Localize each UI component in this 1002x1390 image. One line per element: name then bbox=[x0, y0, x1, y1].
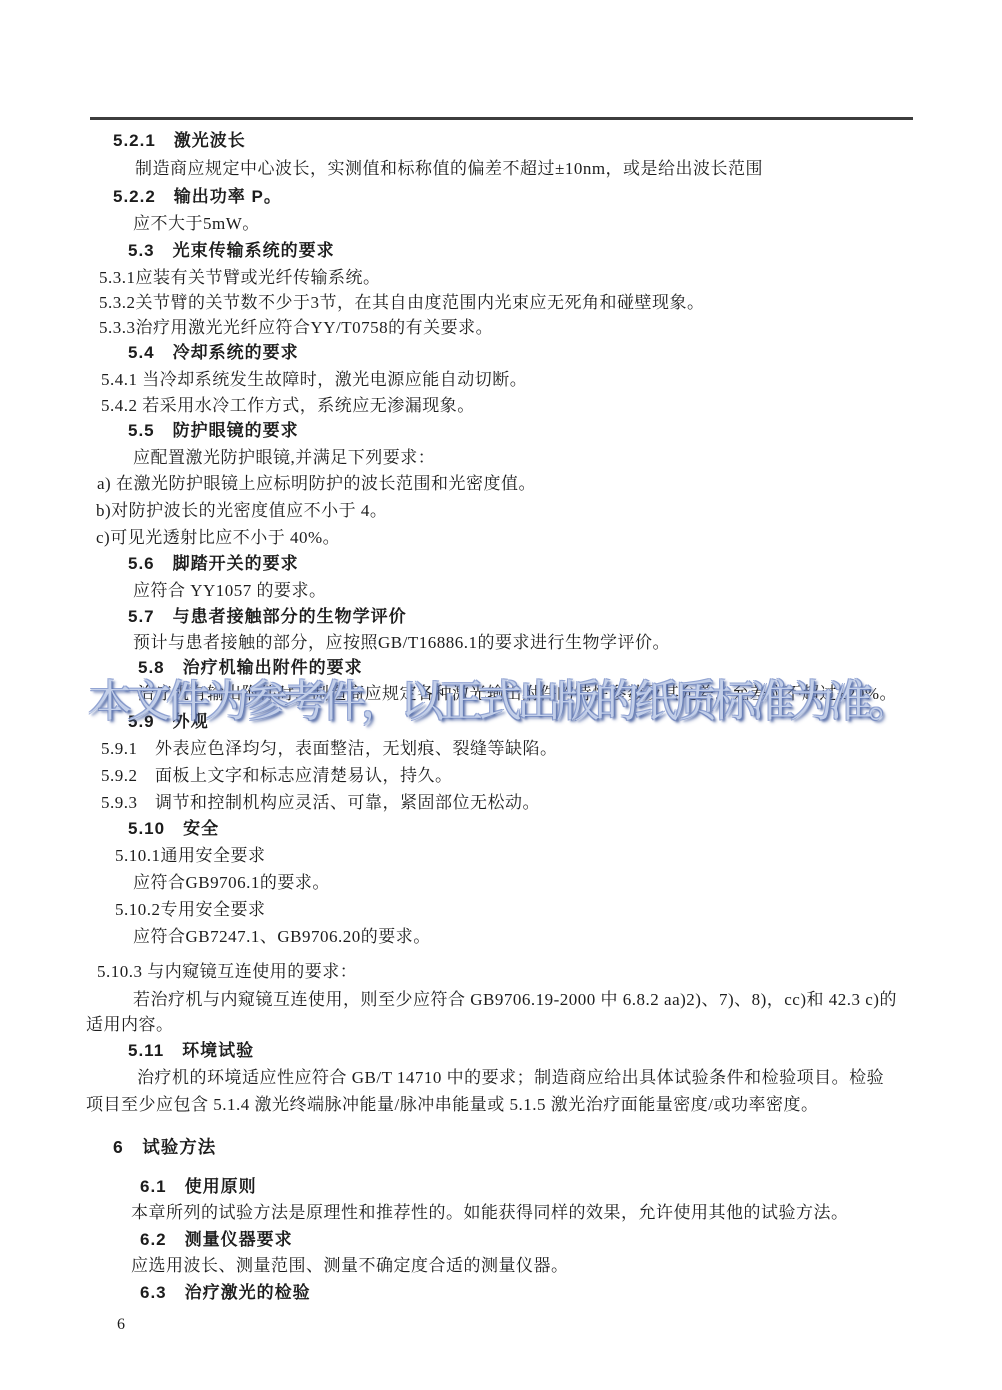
heading-5-9: 5.9 外观 bbox=[128, 712, 209, 732]
para-5-10-1-b: 应符合GB9706.1的要求。 bbox=[133, 873, 330, 893]
heading-5-5: 5.5 防护眼镜的要求 bbox=[128, 421, 299, 441]
para-5-10-3-b2: 适用内容。 bbox=[86, 1015, 174, 1035]
para-5-10-2: 5.10.2专用安全要求 bbox=[115, 900, 266, 920]
para-5-10-3-b1: 若治疗机与内窥镜互连使用，则至少应符合 GB9706.19-2000 中 6.8… bbox=[133, 990, 897, 1010]
heading-5-2-1: 5.2.1 激光波长 bbox=[113, 131, 246, 151]
heading-5-10: 5.10 安全 bbox=[128, 819, 219, 839]
list-item-c: c)可见光透射比应不小于 40%。 bbox=[96, 528, 340, 548]
para-5-9-2: 5.9.2 面板上文字和标志应清楚易认，持久。 bbox=[101, 766, 453, 786]
para-5-2-1: 制造商应规定中心波长，实测值和标称值的偏差不超过±10nm，或是给出波长范围 bbox=[135, 159, 763, 179]
para-5-7: 预计与患者接触的部分，应按照GB/T16886.1的要求进行生物学评价。 bbox=[133, 633, 670, 653]
para-5-11-1: 治疗机的环境适应性应符合 GB/T 14710 中的要求；制造商应给出具体试验条… bbox=[137, 1068, 884, 1088]
para-5-4-2: 5.4.2 若采用水冷工作方式，系统应无渗漏现象。 bbox=[101, 396, 475, 416]
heading-5-7: 5.7 与患者接触部分的生物学评价 bbox=[128, 607, 407, 627]
para-5-10-3: 5.10.3 与内窥镜互连使用的要求： bbox=[97, 962, 357, 982]
heading-5-4: 5.4 冷却系统的要求 bbox=[128, 343, 299, 363]
heading-6-3: 6.3 治疗激光的检验 bbox=[140, 1283, 311, 1303]
heading-6-1: 6.1 使用原则 bbox=[140, 1177, 257, 1197]
para-5-8: 治疗机有输出附件时，制造商应规定各种激光输出附件的特性参数及其允差，允差应不超过… bbox=[137, 684, 897, 704]
para-5-10-1: 5.10.1通用安全要求 bbox=[115, 846, 266, 866]
heading-5-3: 5.3 光束传输系统的要求 bbox=[128, 241, 335, 261]
para-5-5-intro: 应配置激光防护眼镜,并满足下列要求： bbox=[133, 448, 435, 468]
para-5-9-1: 5.9.1 外表应色泽均匀，表面整洁，无划痕、裂缝等缺陷。 bbox=[101, 739, 558, 759]
para-6-1: 本章所列的试验方法是原理性和推荐性的。如能获得同样的效果，允许使用其他的试验方法… bbox=[131, 1203, 849, 1223]
para-5-10-2-b: 应符合GB7247.1、GB9706.20的要求。 bbox=[133, 927, 431, 947]
para-5-3-2: 5.3.2关节臂的关节数不少于3节，在其自由度范围内光束应无死角和碰壁现象。 bbox=[99, 293, 705, 313]
para-5-9-3: 5.9.3 调节和控制机构应灵活、可靠，紧固部位无松动。 bbox=[101, 793, 540, 813]
page-number: 6 bbox=[117, 1315, 126, 1335]
para-5-2-2: 应不大于5mW。 bbox=[133, 214, 260, 234]
para-5-6: 应符合 YY1057 的要求。 bbox=[133, 581, 327, 601]
para-5-4-1: 5.4.1 当冷却系统发生故障时，激光电源应能自动切断。 bbox=[101, 370, 527, 390]
list-item-b: b)对防护波长的光密度值应不小于 4。 bbox=[96, 501, 387, 521]
document-page: 5.2.1 激光波长 制造商应规定中心波长，实测值和标称值的偏差不超过±10nm… bbox=[0, 0, 1002, 1390]
heading-5-6: 5.6 脚踏开关的要求 bbox=[128, 554, 299, 574]
para-6-2: 应选用波长、测量范围、测量不确定度合适的测量仪器。 bbox=[131, 1256, 569, 1276]
heading-6-2: 6.2 测量仪器要求 bbox=[140, 1230, 293, 1250]
heading-5-2-2: 5.2.2 输出功率 P。 bbox=[113, 187, 282, 207]
top-rule bbox=[90, 117, 913, 120]
para-5-3-3: 5.3.3治疗用激光光纤应符合YY/T0758的有关要求。 bbox=[99, 318, 493, 338]
para-5-3-1: 5.3.1应装有关节臂或光纤传输系统。 bbox=[99, 268, 381, 288]
heading-6: 6 试验方法 bbox=[113, 1137, 216, 1157]
heading-5-8: 5.8 治疗机输出附件的要求 bbox=[138, 658, 363, 678]
list-item-a: a) 在激光防护眼镜上应标明防护的波长范围和光密度值。 bbox=[97, 474, 536, 494]
heading-5-11: 5.11 环境试验 bbox=[128, 1041, 254, 1061]
para-5-11-2: 项目至少应包含 5.1.4 激光终端脉冲能量/脉冲串能量或 5.1.5 激光治疗… bbox=[86, 1095, 818, 1115]
